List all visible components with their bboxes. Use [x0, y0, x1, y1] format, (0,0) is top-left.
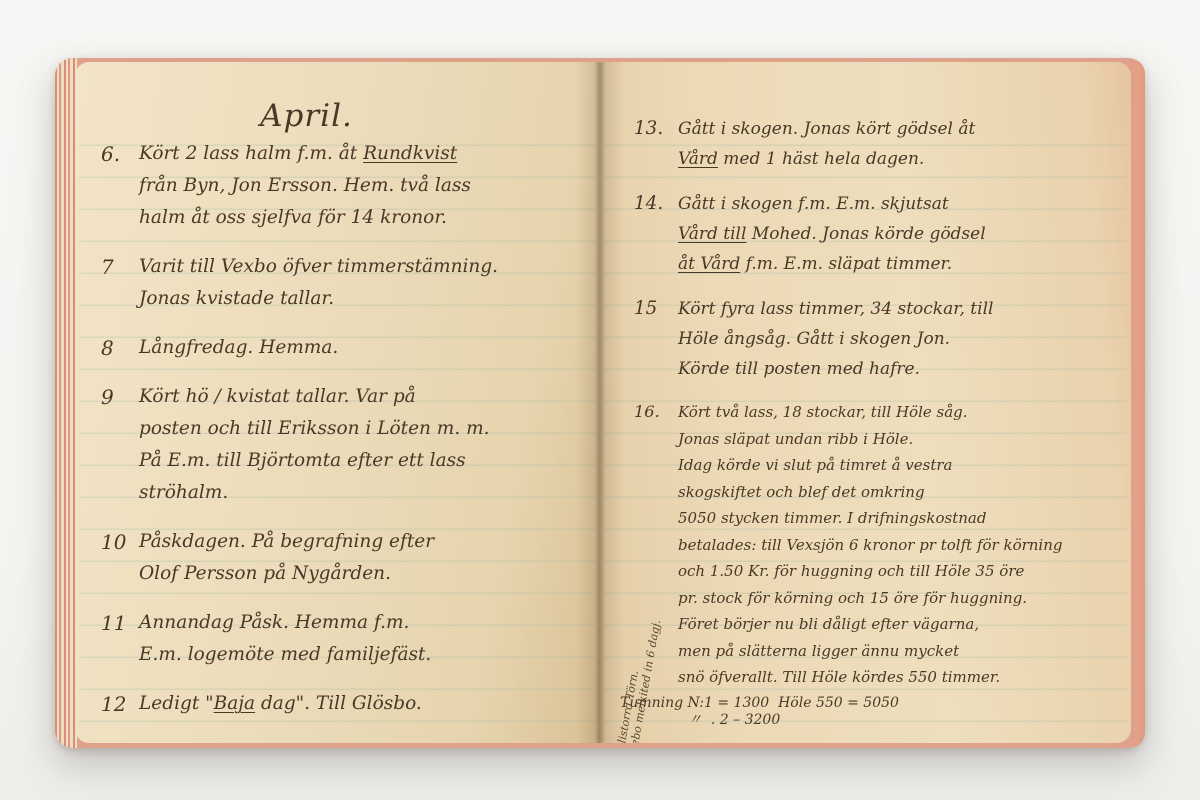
entry-line: Jonas kvistade tallar.	[139, 283, 582, 315]
entry-text: Kört hö / kvistat tallar. Var påposten o…	[139, 381, 582, 509]
entry-day-number: 10	[101, 526, 139, 558]
entry-line: posten och till Eriksson i Löten m. m.	[139, 413, 582, 445]
diary-entry: 9Kört hö / kvistat tallar. Var påposten …	[101, 381, 582, 509]
text-line: Tumning N:1 = 1300 Höle 550 = 5050	[620, 695, 1115, 712]
right-page: 13.Gått i skogen. Jonas kört gödsel åtVå…	[600, 62, 1131, 743]
entry-line: På E.m. till Björtomta efter ett lass	[139, 445, 582, 477]
entry-line: skogskiftet och blef det omkring	[678, 479, 1115, 506]
entry-day-number: 7	[101, 251, 139, 283]
entry-line: pr. stock för körning och 15 öre för hug…	[678, 585, 1115, 612]
entry-line: Långfredag. Hemma.	[139, 332, 582, 364]
entry-day-number: 11	[101, 607, 139, 639]
diary-entry: 16.Kört två lass, 18 stockar, till Höle …	[634, 399, 1115, 691]
left-page-entries: 6.Kört 2 lass halm f.m. åt Rundkvistfrån…	[101, 138, 582, 720]
right-page-entries: 13.Gått i skogen. Jonas kört gödsel åtVå…	[634, 114, 1115, 691]
entry-line: och 1.50 Kr. för huggning och till Höle …	[678, 558, 1115, 585]
diary-entry: 14.Gått i skogen f.m. E.m. skjutsatVård …	[634, 189, 1115, 279]
entry-text: Kört fyra lass timmer, 34 stockar, tillH…	[678, 294, 1115, 384]
entry-day-number: 15	[634, 294, 678, 324]
entry-day-number: 8	[101, 332, 139, 364]
entry-day-number: 13.	[634, 114, 678, 144]
entry-day-number: 14.	[634, 189, 678, 219]
page-edges-right	[1129, 58, 1145, 748]
entry-line: Föret börjer nu bli dåligt efter vägarna…	[678, 611, 1115, 638]
diary-entry: 11Annandag Påsk. Hemma f.m.E.m. logemöte…	[101, 607, 582, 671]
entry-text: Ledigt "Baja dag". Till Glösbo.	[139, 688, 582, 720]
month-header: April.	[101, 98, 582, 134]
entry-line: 5050 stycken timmer. I drifningskostnad	[678, 505, 1115, 532]
entry-line: Gått i skogen f.m. E.m. skjutsat	[678, 189, 1115, 219]
entry-line: Gått i skogen. Jonas kört gödsel åt	[678, 114, 1115, 144]
diary-entry: 8Långfredag. Hemma.	[101, 332, 582, 364]
entry-line: Kört hö / kvistat tallar. Var på	[139, 381, 582, 413]
photo-background: April. 6.Kört 2 lass halm f.m. åt Rundkv…	[0, 0, 1200, 800]
entry-line: men på slätterna ligger ännu mycket	[678, 638, 1115, 665]
entry-text: Långfredag. Hemma.	[139, 332, 582, 364]
entry-line: betalades: till Vexsjön 6 kronor pr tolf…	[678, 532, 1115, 559]
diary-entry: 6.Kört 2 lass halm f.m. åt Rundkvistfrån…	[101, 138, 582, 234]
entry-line: halm åt oss sjelfva för 14 kronor.	[139, 202, 582, 234]
entry-line: ströhalm.	[139, 477, 582, 509]
entry-line: Körde till posten med hafre.	[678, 354, 1115, 384]
entry-text: Annandag Påsk. Hemma f.m.E.m. logemöte m…	[139, 607, 582, 671]
page-edges-left	[55, 58, 77, 748]
text-line: 〃 . 2 – 3200	[620, 712, 1115, 729]
entry-text: Kört två lass, 18 stockar, till Höle såg…	[678, 399, 1115, 691]
entry-line: Påskdagen. På begrafning efter	[139, 526, 582, 558]
entry-line: E.m. logemöte med familjefäst.	[139, 639, 582, 671]
entry-line: Vård med 1 häst hela dagen.	[678, 144, 1115, 174]
entry-text: Kört 2 lass halm f.m. åt Rundkvistfrån B…	[139, 138, 582, 234]
entry-text: Gått i skogen f.m. E.m. skjutsatVård til…	[678, 189, 1115, 279]
entry-line: Olof Persson på Nygården.	[139, 558, 582, 590]
entry-line: Kört fyra lass timmer, 34 stockar, till	[678, 294, 1115, 324]
diary-entry: 15Kört fyra lass timmer, 34 stockar, til…	[634, 294, 1115, 384]
entry-line: Idag körde vi slut på timret å vestra	[678, 452, 1115, 479]
entry-line: från Byn, Jon Ersson. Hem. två lass	[139, 170, 582, 202]
diary-entry: 7Varit till Vexbo öfver timmerstämning.J…	[101, 251, 582, 315]
entry-line: Kört 2 lass halm f.m. åt Rundkvist	[139, 138, 582, 170]
entry-line: åt Vård f.m. E.m. släpat timmer.	[678, 249, 1115, 279]
notebook: April. 6.Kört 2 lass halm f.m. åt Rundkv…	[55, 58, 1145, 748]
entry-line: snö öfverallt. Till Höle kördes 550 timm…	[678, 664, 1115, 691]
diary-entry: 13.Gått i skogen. Jonas kört gödsel åtVå…	[634, 114, 1115, 174]
entry-line: Annandag Påsk. Hemma f.m.	[139, 607, 582, 639]
entry-line: Varit till Vexbo öfver timmerstämning.	[139, 251, 582, 283]
entry-line: Vård till Mohed. Jonas körde gödsel	[678, 219, 1115, 249]
entry-day-number: 9	[101, 381, 139, 413]
diary-entry: 10Påskdagen. På begrafning efterOlof Per…	[101, 526, 582, 590]
entry-text: Påskdagen. På begrafning efterOlof Perss…	[139, 526, 582, 590]
entry-day-number: 12	[101, 688, 139, 720]
entry-line: Ledigt "Baja dag". Till Glösbo.	[139, 688, 582, 720]
entry-text: Gått i skogen. Jonas kört gödsel åtVård …	[678, 114, 1115, 174]
diary-entry: 12Ledigt "Baja dag". Till Glösbo.	[101, 688, 582, 720]
entry-line: Kört två lass, 18 stockar, till Höle såg…	[678, 399, 1115, 426]
left-page: April. 6.Kört 2 lass halm f.m. åt Rundkv…	[75, 62, 600, 743]
tally-footer: Tumning N:1 = 1300 Höle 550 = 5050〃 . 2 …	[620, 695, 1115, 729]
entry-day-number: 6.	[101, 138, 139, 170]
entry-text: Varit till Vexbo öfver timmerstämning.Jo…	[139, 251, 582, 315]
entry-line: Höle ångsåg. Gått i skogen Jon.	[678, 324, 1115, 354]
entry-day-number: 16.	[634, 399, 678, 426]
entry-line: Jonas släpat undan ribb i Höle.	[678, 426, 1115, 453]
